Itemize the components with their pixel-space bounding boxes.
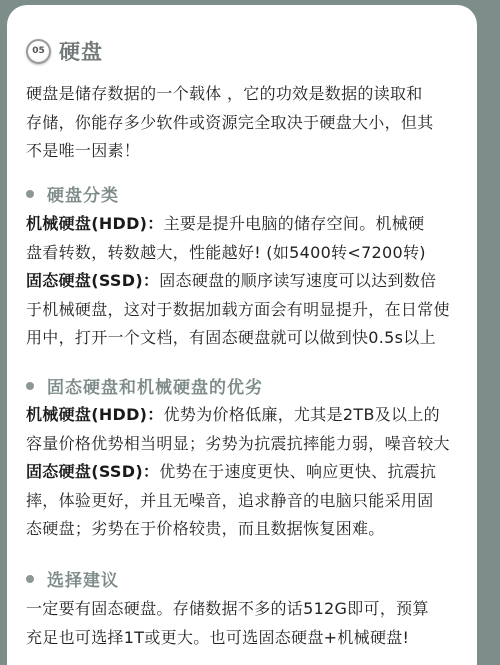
advice-paragraph: 一定要有固态硬盘。存储数据不多的话512G即可，预算 充足也可选择1T或更大。也… xyxy=(26,595,466,652)
hdd-line: 机械硬盘(HDD)：优势为价格低廉，尤其是2TB及以上的 xyxy=(26,401,466,430)
hdd-term: 机械硬盘(HDD)： xyxy=(26,214,164,233)
advice-line: 充足也可选择1T或更大。也可选固态硬盘+机械硬盘! xyxy=(26,624,466,653)
ssd-desc: 固态硬盘的顺序读写速度可以达到数倍 xyxy=(159,271,436,290)
hdd-line: 盘看转数，转数越大，性能越好! (如5400转<7200转) xyxy=(26,239,466,268)
hdd-term: 机械硬盘(HDD)： xyxy=(26,405,164,424)
section-heading-text: 硬盘分类 xyxy=(47,181,119,206)
bullet-dot-icon xyxy=(26,382,34,390)
section-heading-comparison: 固态硬盘和机械硬盘的优劣 xyxy=(26,373,263,398)
ssd-desc: 优势在于速度更快、响应更快、抗震抗 xyxy=(159,462,436,481)
bullet-dot-icon xyxy=(26,190,34,198)
section-heading-text: 选择建议 xyxy=(47,566,119,591)
advice-line: 一定要有固态硬盘。存储数据不多的话512G即可，预算 xyxy=(26,595,466,624)
ssd-line: 固态硬盘(SSD)：优势在于速度更快、响应更快、抗震抗 xyxy=(26,458,466,487)
section-heading-classification: 硬盘分类 xyxy=(26,181,119,206)
classification-paragraph: 机械硬盘(HDD)：主要是提升电脑的储存空间。机械硬 盘看转数，转数越大，性能越… xyxy=(26,210,466,353)
comparison-paragraph: 机械硬盘(HDD)：优势为价格低廉，尤其是2TB及以上的 容量价格优势相当明显；… xyxy=(26,401,466,544)
ssd-line: 固态硬盘(SSD)：固态硬盘的顺序读写速度可以达到数倍 xyxy=(26,267,466,296)
article-card: 05 硬盘 硬盘是储存数据的一个载体 ，它的功效是数据的读取和 存储，你能存多少… xyxy=(7,5,477,653)
ssd-term: 固态硬盘(SSD)： xyxy=(26,462,159,481)
intro-line: 不是唯一因素！ xyxy=(26,137,466,166)
section-heading-text: 固态硬盘和机械硬盘的优劣 xyxy=(47,373,263,398)
hdd-line: 机械硬盘(HDD)：主要是提升电脑的储存空间。机械硬 xyxy=(26,210,466,239)
ssd-line: 用中，打开一个文档，有固态硬盘就可以做到快0.5s以上 xyxy=(26,324,466,353)
hdd-desc: 主要是提升电脑的储存空间。机械硬 xyxy=(164,214,425,233)
bullet-dot-icon xyxy=(26,575,34,583)
ssd-line: 态硬盘；劣势在于价格较贵，而且数据恢复困难。 xyxy=(26,515,466,544)
ssd-line: 于机械硬盘，这对于数据加载方面会有明显提升，在日常使 xyxy=(26,296,466,325)
hdd-desc: 优势为价格低廉，尤其是2TB及以上的 xyxy=(164,405,440,424)
intro-line: 存储，你能存多少软件或资源完全取决于硬盘大小，但其 xyxy=(26,109,466,138)
section-heading-advice: 选择建议 xyxy=(26,566,119,591)
ssd-line: 摔，体验更好，并且无噪音，追求静音的电脑只能采用固 xyxy=(26,487,466,516)
ssd-term: 固态硬盘(SSD)： xyxy=(26,271,159,290)
intro-paragraph: 硬盘是储存数据的一个载体 ，它的功效是数据的读取和 存储，你能存多少软件或资源完… xyxy=(26,80,466,166)
page-title: 硬盘 xyxy=(59,36,103,66)
section-number-badge: 05 xyxy=(26,39,51,64)
title-row: 05 硬盘 xyxy=(26,36,103,66)
intro-line: 硬盘是储存数据的一个载体 ，它的功效是数据的读取和 xyxy=(26,80,466,109)
hdd-line: 容量价格优势相当明显；劣势为抗震抗摔能力弱，噪音较大 xyxy=(26,430,466,459)
